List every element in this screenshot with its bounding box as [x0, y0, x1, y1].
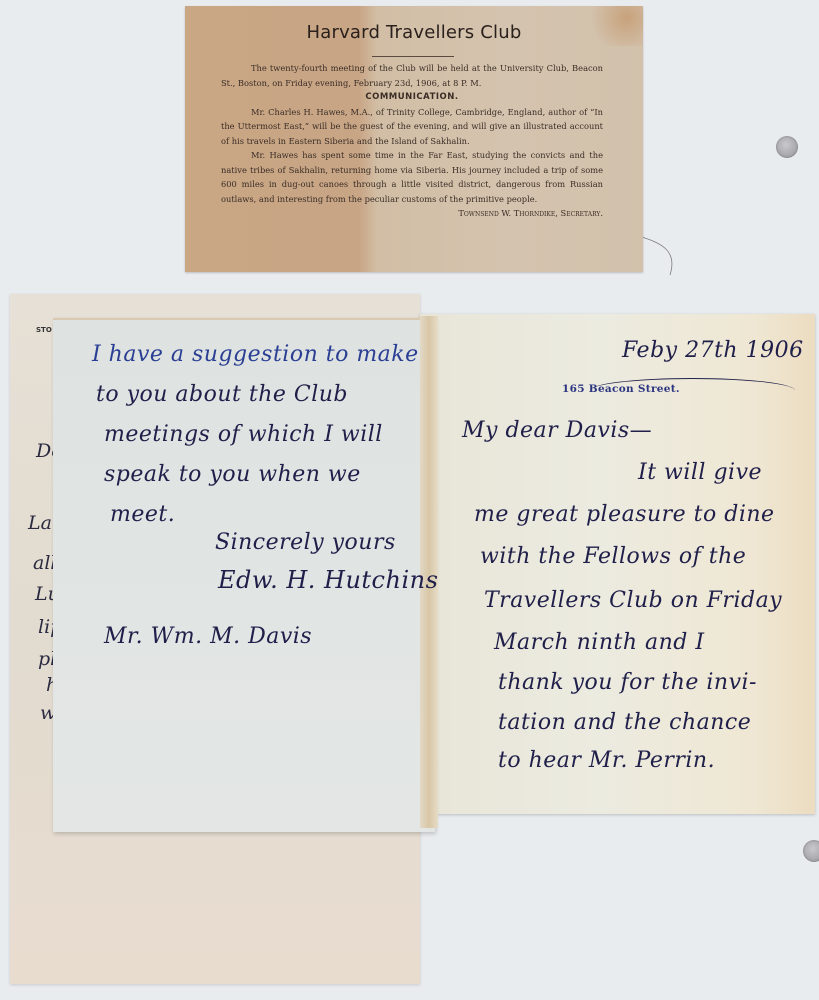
journey-paragraph: Mr. Hawes has spent some time in the Far…	[221, 148, 603, 206]
meeting-paragraph: The twenty-fourth meeting of the Club wi…	[221, 61, 603, 90]
salutation: My dear Davis—	[462, 418, 652, 443]
closing: Sincerely yours	[215, 530, 396, 555]
binder-hole-bottom	[803, 840, 819, 862]
secretary-signature: Townsend W. Thorndike, Secretary.	[221, 206, 603, 221]
letterhead-address: 165 Beacon Street.	[562, 383, 680, 395]
letter-line: I have a suggestion to make	[92, 342, 419, 367]
letter-line: meetings of which I will	[104, 422, 383, 447]
letterhead-fragment: STO	[36, 326, 52, 334]
letter-line: meet.	[110, 502, 175, 527]
communication-heading: COMMUNICATION.	[221, 90, 603, 105]
letter-line: Travellers Club on Friday	[484, 588, 782, 613]
letter-line: It will give	[638, 460, 762, 485]
stray-thread	[640, 235, 680, 280]
letter-line: speak to you when we	[104, 462, 361, 487]
card-title: Harvard Travellers Club	[185, 22, 643, 43]
letter-line: tation and the chance	[498, 710, 751, 735]
guest-paragraph: Mr. Charles H. Hawes, M.A., of Trinity C…	[221, 105, 603, 149]
back-letter-fragment: La	[28, 512, 52, 534]
letter-line: thank you for the invi-	[498, 670, 757, 695]
addressee: Mr. Wm. M. Davis	[104, 624, 312, 649]
letter-line: March ninth and I	[494, 630, 705, 655]
signature: Edw. H. Hutchins	[218, 566, 438, 594]
binder-hole-top	[776, 136, 798, 158]
letter-line: to hear Mr. Perrin.	[498, 748, 715, 773]
letter-date: Feby 27th 1906	[622, 338, 804, 363]
title-rule	[372, 56, 454, 57]
letter-line: me great pleasure to dine	[474, 502, 775, 527]
card-body: The twenty-fourth meeting of the Club wi…	[221, 61, 603, 221]
letter-line: with the Fellows of the	[480, 544, 746, 569]
announcement-card: Harvard Travellers Club The twenty-fourt…	[185, 6, 643, 272]
letter-line: to you about the Club	[96, 382, 348, 407]
